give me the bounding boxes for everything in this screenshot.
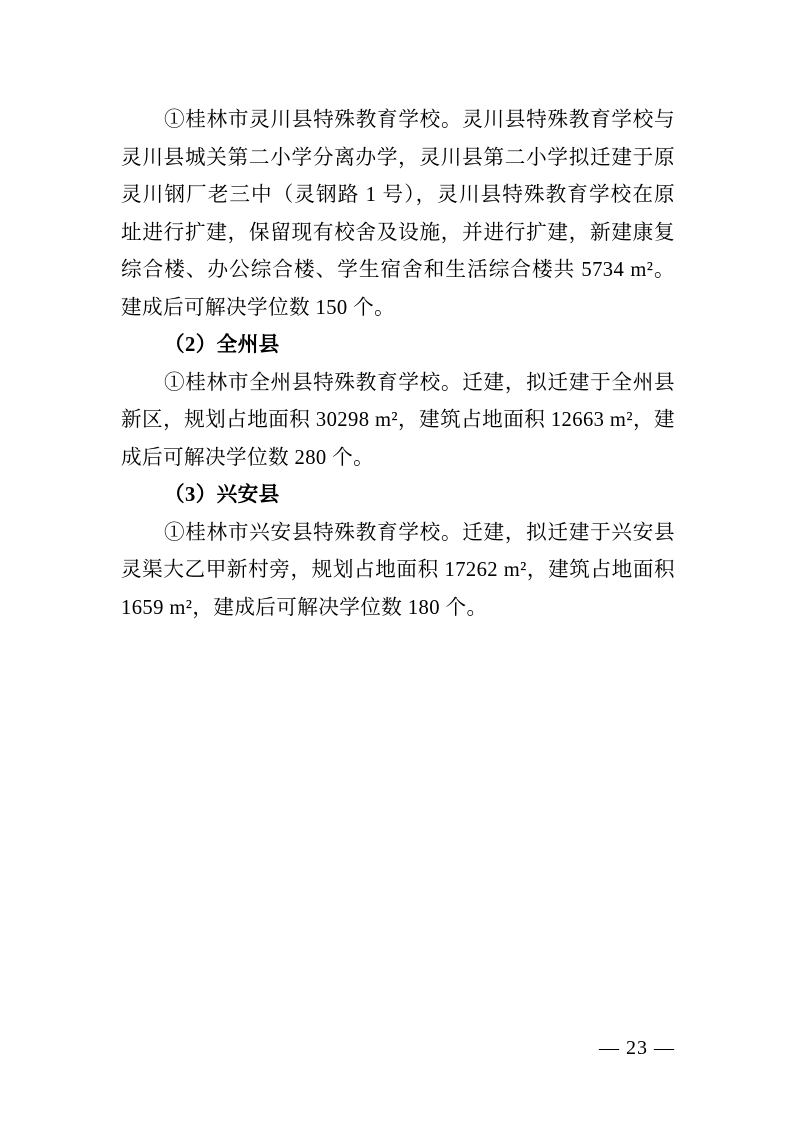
page-number: — 23 — <box>599 1037 675 1059</box>
body-line: 新区，规划占地面积 30298 m²，建筑占地面积 12663 m²，建 <box>121 402 675 440</box>
paragraph-quanzhou-school: ①桂林市全州县特殊教育学校。迁建，拟迁建于全州县 新区，规划占地面积 30298… <box>121 365 675 478</box>
section-heading-xingan: （3）兴安县 <box>121 477 675 515</box>
body-line: ①桂林市全州县特殊教育学校。迁建，拟迁建于全州县 <box>121 365 675 403</box>
body-line: 灵川钢厂老三中（灵钢路 1 号），灵川县特殊教育学校在原 <box>121 177 675 215</box>
document-page: ①桂林市灵川县特殊教育学校。灵川县特殊教育学校与 灵川县城关第二小学分离办学，灵… <box>0 0 794 1123</box>
body-line: 灵川县城关第二小学分离办学，灵川县第二小学拟迁建于原 <box>121 140 675 178</box>
paragraph-xingan-school: ①桂林市兴安县特殊教育学校。迁建，拟迁建于兴安县 灵渠大乙甲新村旁，规划占地面积… <box>121 515 675 628</box>
document-body: ①桂林市灵川县特殊教育学校。灵川县特殊教育学校与 灵川县城关第二小学分离办学，灵… <box>121 102 675 627</box>
body-line: 址进行扩建，保留现有校舍及设施，并进行扩建，新建康复 <box>121 215 675 253</box>
section-heading-quanzhou: （2）全州县 <box>121 327 675 365</box>
body-line: ①桂林市灵川县特殊教育学校。灵川县特殊教育学校与 <box>121 102 675 140</box>
paragraph-lingchuan-school: ①桂林市灵川县特殊教育学校。灵川县特殊教育学校与 灵川县城关第二小学分离办学，灵… <box>121 102 675 327</box>
body-line: 灵渠大乙甲新村旁，规划占地面积 17262 m²，建筑占地面积 <box>121 552 675 590</box>
page-footer: — 23 — <box>121 1036 675 1060</box>
body-line: ①桂林市兴安县特殊教育学校。迁建，拟迁建于兴安县 <box>121 515 675 553</box>
body-line: 综合楼、办公综合楼、学生宿舍和生活综合楼共 5734 m²。 <box>121 252 675 290</box>
body-line: 建成后可解决学位数 150 个。 <box>121 290 675 328</box>
body-line: 成后可解决学位数 280 个。 <box>121 440 675 478</box>
body-line: 1659 m²，建成后可解决学位数 180 个。 <box>121 590 675 628</box>
